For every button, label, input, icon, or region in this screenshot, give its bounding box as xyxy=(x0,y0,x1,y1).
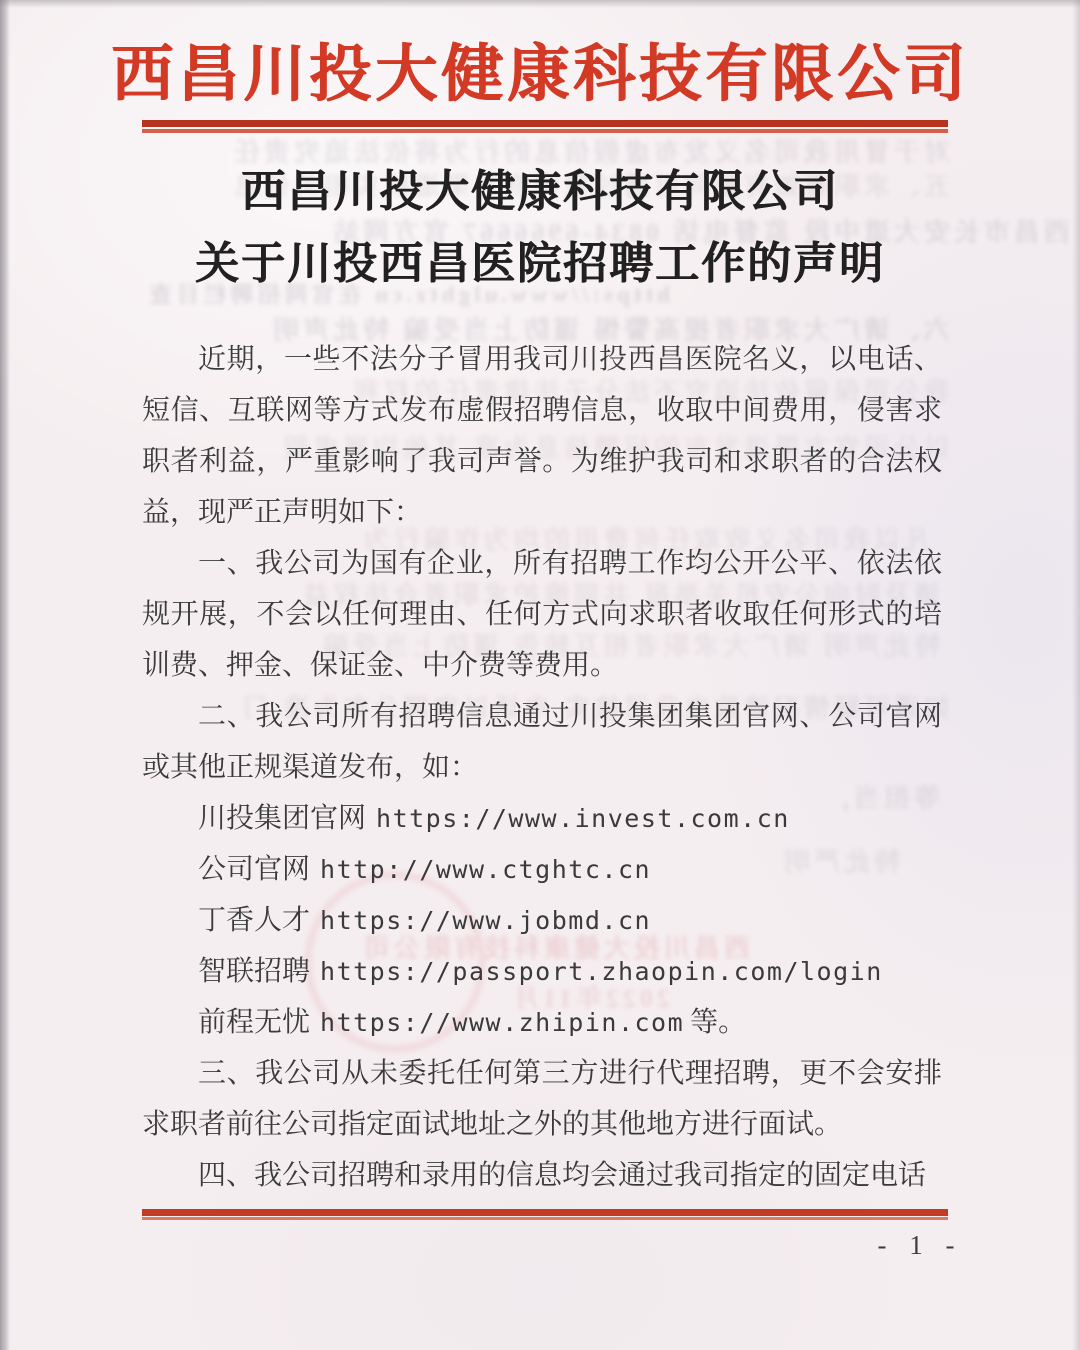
channel-label: 前程无忧 xyxy=(198,1007,310,1038)
footer-rule xyxy=(142,1209,948,1220)
letterhead-company-name: 西昌川投大健康科技有限公司 xyxy=(0,24,1080,113)
channel-label: 智联招聘 xyxy=(198,956,310,987)
paragraph-item-3: 三、我公司从未委托任何第三方进行代理招聘，更不会安排求职者前往公司指定面试地址之… xyxy=(142,1048,942,1150)
channel-label: 川投集团官网 xyxy=(198,803,366,834)
page-number: - 1 - xyxy=(860,1230,980,1261)
channel-url: https://www.jobmd.cn xyxy=(320,906,651,935)
channel-label: 丁香人才 xyxy=(198,905,310,936)
channel-line-zhaopin: 智联招聘https://passport.zhaopin.com/login xyxy=(142,946,942,997)
photo-edge-top xyxy=(0,0,1080,8)
channel-line-group-site: 川投集团官网https://www.invest.com.cn xyxy=(142,793,942,844)
letterhead-rule xyxy=(142,120,948,133)
paragraph-item-1: 一、我公司为国有企业，所有招聘工作均公开公平、依法依规开展，不会以任何理由、任何… xyxy=(142,538,942,691)
document-title-line1: 西昌川投大健康科技有限公司 xyxy=(0,156,1080,228)
channel-line-jobmd: 丁香人才https://www.jobmd.cn xyxy=(142,895,942,946)
document-title-line2: 关于川投西昌医院招聘工作的声明 xyxy=(0,228,1080,300)
channel-line-zhipin: 前程无忧https://www.zhipin.com等。 xyxy=(142,997,942,1048)
paragraph-intro: 近期，一些不法分子冒用我司川投西昌医院名义，以电话、短信、互联网等方式发布虚假招… xyxy=(142,334,942,538)
channel-label: 公司官网 xyxy=(198,854,310,885)
paragraph-item-2: 二、我公司所有招聘信息通过川投集团集团官网、公司官网或其他正规渠道发布，如： xyxy=(142,691,942,793)
channel-url: https://passport.zhaopin.com/login xyxy=(320,957,883,986)
document-body: 近期，一些不法分子冒用我司川投西昌医院名义，以电话、短信、互联网等方式发布虚假招… xyxy=(142,334,942,1201)
scanned-document-page: 对于冒用我司名义发布虚假信息的行为将依法追究责任 五、求职者如有疑问可通过我司官… xyxy=(0,0,1080,1350)
channel-url: http://www.ctghtc.cn xyxy=(320,855,651,884)
document-title: 西昌川投大健康科技有限公司 关于川投西昌医院招聘工作的声明 xyxy=(0,156,1080,300)
channel-url: https://www.zhipin.com xyxy=(320,1008,684,1037)
channel-url: https://www.invest.com.cn xyxy=(376,804,790,833)
channel-suffix: 等。 xyxy=(690,1007,746,1038)
paragraph-item-4: 四、我公司招聘和录用的信息均会通过我司指定的固定电话 xyxy=(142,1150,942,1201)
channel-line-company-site: 公司官网http://www.ctghtc.cn xyxy=(142,844,942,895)
photo-edge-right xyxy=(1072,0,1080,1350)
photo-edge-left xyxy=(0,0,10,1350)
